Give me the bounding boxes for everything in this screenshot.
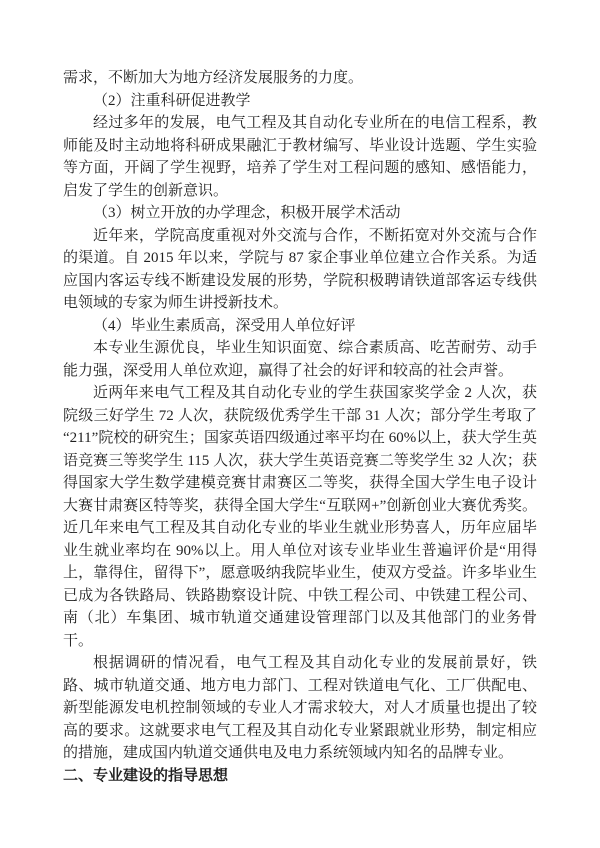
section-heading: 二、专业建设的指导思想 [63,765,537,788]
document-page: 需求，不断加大为地方经济发展服务的力度。 （2）注重科研促进教学 经过多年的发展… [0,0,600,848]
paragraph: 本专业生源优良，毕业生知识面宽、综合素质高、吃苦耐劳、动手能力强，深受用人单位欢… [63,337,537,382]
subheading-item-3: （3）树立开放的办学理念，积极开展学术活动 [63,202,537,225]
subheading-item-4: （4）毕业生素质高，深受用人单位好评 [63,315,537,338]
subheading-item-2: （2）注重科研促进教学 [63,90,537,113]
paragraph: 经过多年的发展，电气工程及其自动化专业所在的电信工程系，教师能及时主动地将科研成… [63,112,537,202]
paragraph: 近年来，学院高度重视对外交流与合作，不断拓宽对外交流与合作的渠道。自 2015 … [63,225,537,315]
paragraph: 根据调研的情况看，电气工程及其自动化专业的发展前景好，铁路、城市轨道交通、地方电… [63,652,537,765]
paragraph: 近两年来电气工程及其自动化专业的学生获国家奖学金 2 人次，获院级三好学生 72… [63,382,537,652]
paragraph-continuation: 需求，不断加大为地方经济发展服务的力度。 [63,67,537,90]
